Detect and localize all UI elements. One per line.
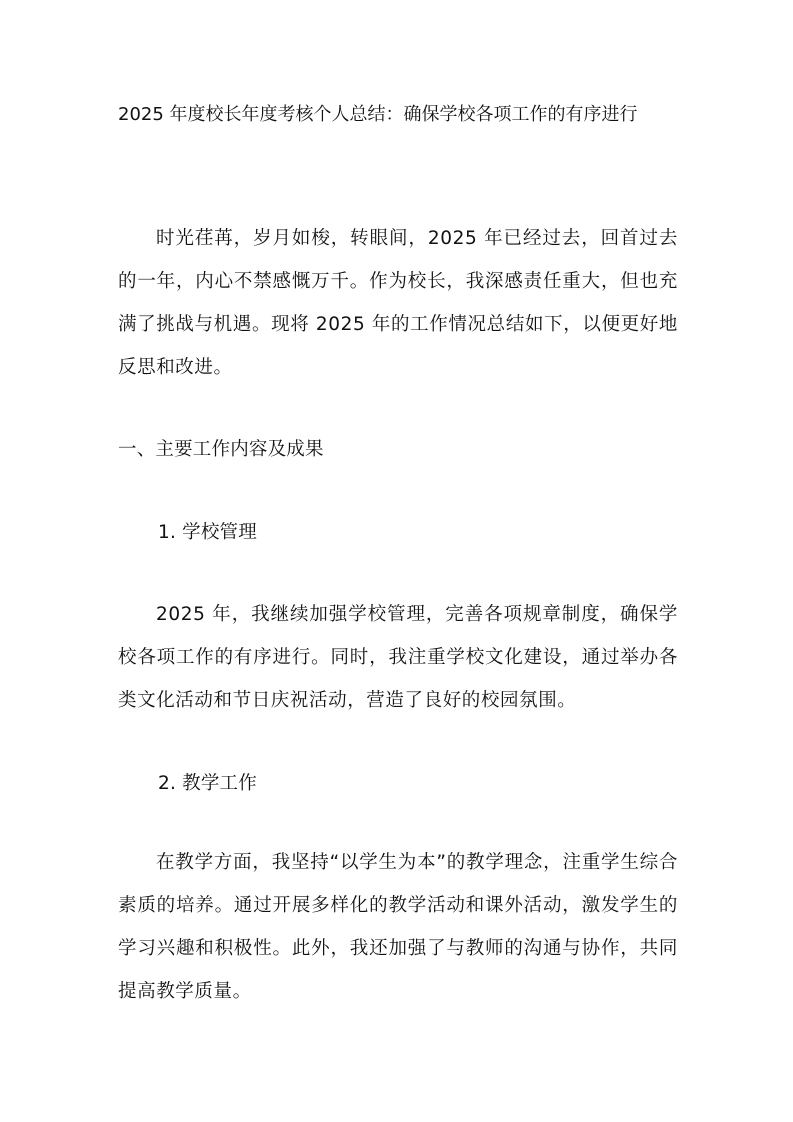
document-title: 2025 年度校长年度考核个人总结：确保学校各项工作的有序进行 [118, 103, 678, 127]
item-heading-teaching-work: 2. 教学工作 [158, 772, 718, 796]
item-heading-school-management: 1. 学校管理 [158, 521, 718, 545]
intro-paragraph: 时光荏苒，岁月如梭，转眼间，2025 年已经过去，回首过去的一年，内心不禁感慨万… [118, 217, 678, 389]
section-heading: 一、主要工作内容及成果 [118, 438, 678, 462]
document-page: 2025 年度校长年度考核个人总结：确保学校各项工作的有序进行 时光荏苒，岁月如… [0, 0, 793, 1122]
teaching-work-paragraph: 在教学方面，我坚持“以学生为本”的教学理念，注重学生综合素质的培养。通过开展多样… [118, 841, 678, 1013]
school-management-paragraph: 2025 年，我继续加强学校管理，完善各项规章制度，确保学校各项工作的有序进行。… [118, 593, 678, 722]
